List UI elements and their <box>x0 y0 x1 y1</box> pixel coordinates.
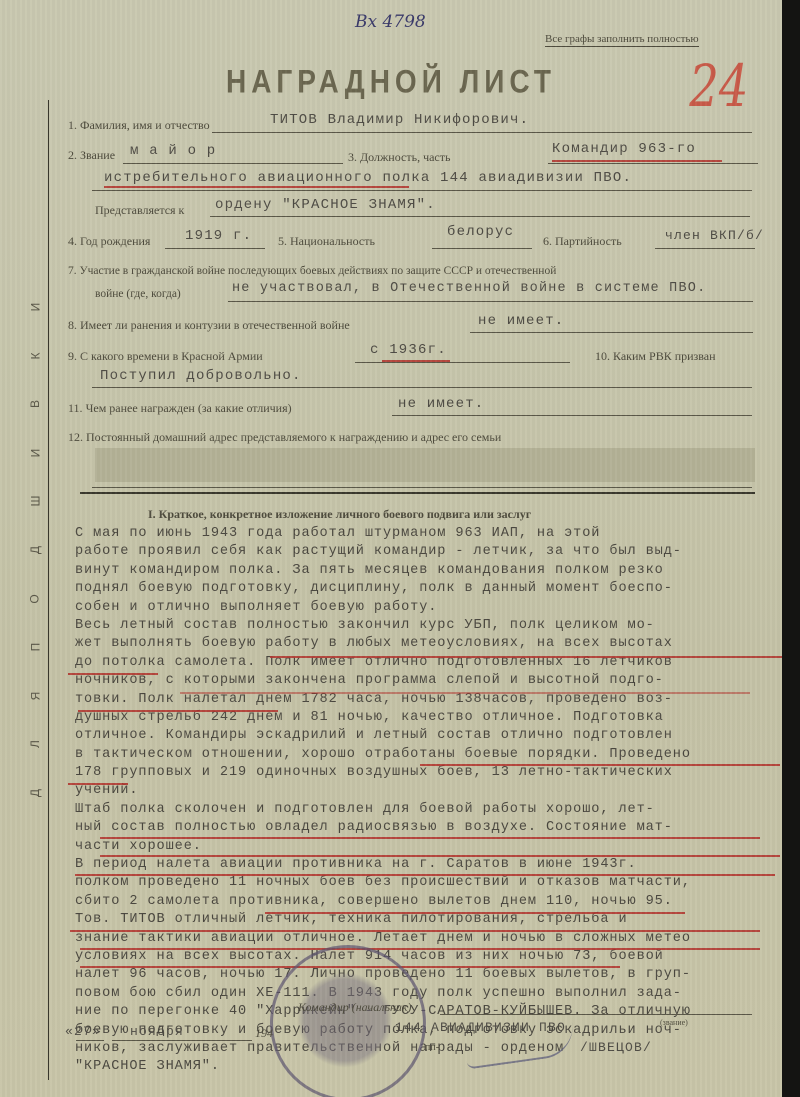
body-line: части хорошее. <box>75 838 795 856</box>
field-4-value: 1919 г. <box>185 228 252 244</box>
body-line: ние по перегонке 40 "Харрикейн" - ГУСУ-С… <box>75 1003 795 1021</box>
body-line: С мая по июнь 1943 года работал штурмано… <box>75 525 795 543</box>
field-9-value: с 1936г. <box>370 342 447 358</box>
rank-caption: (звание) <box>660 1018 688 1027</box>
commander-signature <box>463 1023 576 1070</box>
field-12-label: 12. Постоянный домашний адрес представля… <box>68 430 501 445</box>
field-3-value: Командир 963-го <box>552 141 696 157</box>
field-11-value: не имеет. <box>398 396 484 412</box>
rank-prefix: пп- <box>425 1042 439 1053</box>
body-line: жет выполнять боевую работу в любых мете… <box>75 635 795 653</box>
field-1-value: ТИТОВ Владимир Никифорович. <box>270 112 529 128</box>
date-month: ноября <box>130 1024 184 1039</box>
commander-name: /ШВЕЦОВ/ <box>580 1040 652 1055</box>
field-8-label: 8. Имеет ли ранения и контузии в отечест… <box>68 318 350 333</box>
body-line: условиях на всех высотах. Налет 914 часо… <box>75 948 795 966</box>
field-7-value: не участвовал, в Отечественной войне в с… <box>232 281 706 296</box>
margin-vertical-text: И К В И Ш Д О П Я Л Д <box>25 300 45 800</box>
date-year: 194 <box>255 1026 273 1041</box>
body-line: душных стрельб 242 днем и 81 ночью, каче… <box>75 709 795 727</box>
field-6-label: 6. Партийность <box>543 234 622 249</box>
body-line: боевую подготовку и боевую работу полка,… <box>75 1022 795 1040</box>
body-line: В период налета авиации противника на г.… <box>75 856 795 874</box>
field-5-label: 5. Национальность <box>278 234 375 249</box>
body-line: "КРАСНОЕ ЗНАМЯ". <box>75 1058 795 1076</box>
field-10-label: 10. Каким РВК призван <box>595 349 716 364</box>
body-line: товки. Полк налетал днем 1782 часа, ночь… <box>75 691 795 709</box>
left-margin-rule <box>48 100 49 1080</box>
body-line: повом бою сбил один ХЕ-111. В 1943 году … <box>75 985 795 1003</box>
field-2-value: м а й о р <box>130 143 216 159</box>
body-line: Тов. ТИТОВ отличный летчик, техника пило… <box>75 911 795 929</box>
body-line: Весь летный состав полностью закончил ку… <box>75 617 795 635</box>
body-line: ный состав полностью овладел радиосвязью… <box>75 819 795 837</box>
field-3-label: 3. Должность, часть <box>348 150 450 165</box>
field-11-label: 11. Чем ранее награжден (за какие отличи… <box>68 401 292 416</box>
section-heading: I. Краткое, конкретное изложение личного… <box>148 507 531 522</box>
field-9-label: 9. С какого времени в Красной Армии <box>68 349 263 364</box>
body-line: ников, заслуживает правительственной наг… <box>75 1040 795 1058</box>
field-5-value: белорус <box>447 224 514 240</box>
document-title: НАГРАДНОЙ ЛИСТ <box>0 64 782 101</box>
body-line: отличное. Командиры эскадрилий и летный … <box>75 727 795 745</box>
field-4-label: 4. Год рождения <box>68 234 150 249</box>
body-line: винут командиром полка. За пять месяцев … <box>75 562 795 580</box>
body-line: учений. <box>75 782 795 800</box>
body-line: знание тактики авиации отличное. Летает … <box>75 930 795 948</box>
body-line: в тактическом отношении, хорошо отработа… <box>75 746 795 764</box>
field-6-value: член ВКП/б/ <box>665 228 764 243</box>
presented-to-label: Представляется к <box>95 203 184 218</box>
handwritten-page-number: 24 <box>689 52 748 120</box>
field-3-value-cont: истребительного авиационного полка 144 а… <box>104 170 632 186</box>
field-10-value: Поступил добровольно. <box>100 368 302 384</box>
body-line: Штаб полка сколочен и подготовлен для бо… <box>75 801 795 819</box>
merit-description: С мая по июнь 1943 года работал штурмано… <box>75 525 795 1077</box>
field-1-label: 1. Фамилия, имя и отчество <box>68 118 210 133</box>
body-line: сбито 2 самолета противника, совершено в… <box>75 893 795 911</box>
registry-number: Вх 4798 <box>355 12 426 32</box>
field-7-label-cont: войне (где, когда) <box>95 288 181 300</box>
official-stamp <box>270 945 426 1097</box>
commander-label: Командир (начальник) <box>298 1000 412 1015</box>
top-instruction-note: Все графы заполнить полностью <box>545 33 699 47</box>
scan-edge <box>782 0 800 1097</box>
date-day: «27» <box>65 1024 101 1039</box>
field-2-label: 2. Звание <box>68 148 115 163</box>
body-line: поднял боевую подготовку, дисциплину, по… <box>75 580 795 598</box>
commander-unit: 144 АВИАДИВИЗИИ ПВО <box>395 1020 566 1035</box>
body-line: работе проявил себя как растущий команди… <box>75 543 795 561</box>
body-line: ночников, с которыми закончена программа… <box>75 672 795 690</box>
body-line: до потолка самолета. Полк имеет отлично … <box>75 654 795 672</box>
award-sheet-paper: Вх 4798 Все графы заполнить полностью НА… <box>0 0 782 1097</box>
body-line: полком проведено 11 ночных боев без прои… <box>75 874 795 892</box>
redacted-address <box>95 448 755 482</box>
award-value: ордену "КРАСНОЕ ЗНАМЯ". <box>215 197 436 213</box>
field-8-value: не имеет. <box>478 313 564 329</box>
body-line: 178 групповых и 219 одиночных воздушных … <box>75 764 795 782</box>
body-line: собен и отлично выполняет боевую работу. <box>75 599 795 617</box>
field-7-label: 7. Участие в гражданской войне последующ… <box>68 265 556 277</box>
body-line: налет 96 часов, ночью 17. Лично проведен… <box>75 966 795 984</box>
